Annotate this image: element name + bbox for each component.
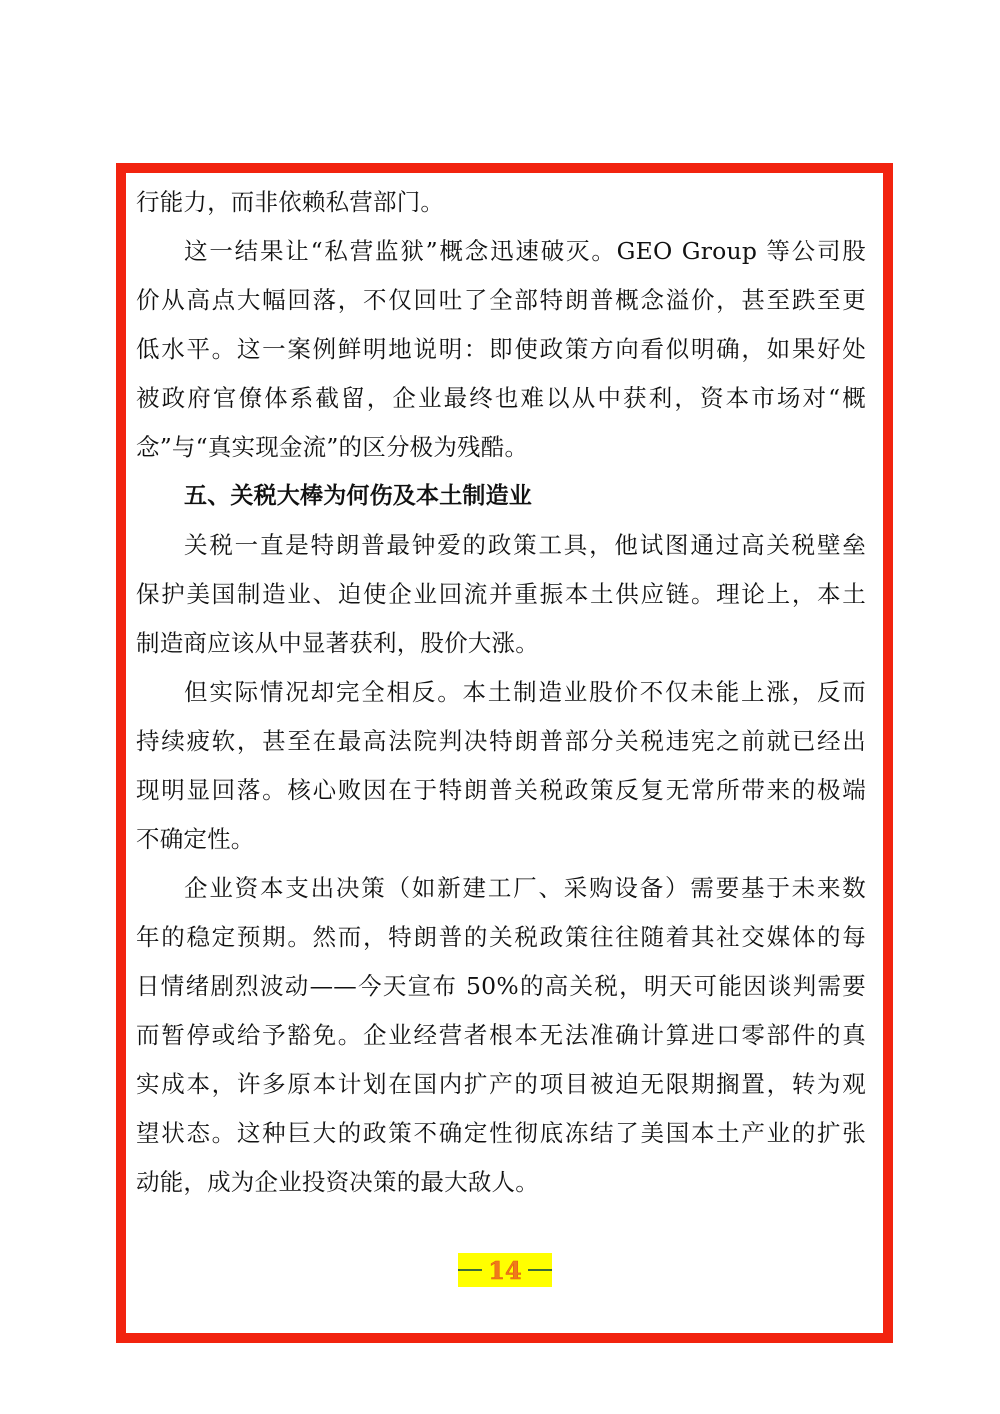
- paragraph-line: 关税一直是特朗普最钟爱的政策工具，他试图通过高关税壁垒: [136, 525, 866, 565]
- page-number-badge: 14: [458, 1253, 552, 1287]
- paragraph-line: 而暂停或给予豁免。企业经营者根本无法准确计算进口零部件的真: [136, 1015, 866, 1055]
- paragraph-line: 这一结果让“私营监狱”概念迅速破灭。GEO Group 等公司股: [136, 231, 866, 271]
- paragraph-line: 但实际情况却完全相反。本土制造业股价不仅未能上涨，反而: [136, 672, 866, 712]
- paragraph-line: 动能，成为企业投资决策的最大敌人。: [136, 1162, 539, 1202]
- paragraph-line: 望状态。这种巨大的政策不确定性彻底冻结了美国本土产业的扩张: [136, 1113, 866, 1153]
- paragraph-line: 被政府官僚体系截留，企业最终也难以从中获利，资本市场对“概: [136, 378, 866, 418]
- paragraph-line: 价从高点大幅回落，不仅回吐了全部特朗普概念溢价，甚至跌至更: [136, 280, 866, 320]
- paragraph-line: 年的稳定预期。然而，特朗普的关税政策往往随着其社交媒体的每: [136, 917, 866, 957]
- paragraph-line: 现明显回落。核心败因在于特朗普关税政策反复无常所带来的极端: [136, 770, 866, 810]
- dash-right-decoration: [528, 1269, 552, 1271]
- paragraph-line: 实成本，许多原本计划在国内扩产的项目被迫无限期搁置，转为观: [136, 1064, 866, 1104]
- paragraph-line: 低水平。这一案例鲜明地说明：即使政策方向看似明确，如果好处: [136, 329, 866, 369]
- paragraph-line: 念”与“真实现金流”的区分极为残酷。: [136, 427, 528, 467]
- section-heading: 五、关税大棒为何伤及本土制造业: [136, 476, 532, 516]
- paragraph-line: 企业资本支出决策（如新建工厂、采购设备）需要基于未来数: [136, 868, 866, 908]
- paragraph-line: 持续疲软，甚至在最高法院判决特朗普部分关税违宪之前就已经出: [136, 721, 866, 761]
- paragraph-line: 日情绪剧烈波动——今天宣布 50%的高关税，明天可能因谈判需要: [136, 966, 866, 1006]
- paragraph-line: 不确定性。: [136, 819, 255, 859]
- page-number: 14: [488, 1256, 521, 1285]
- paragraph-line: 保护美国制造业、迫使企业回流并重振本土供应链。理论上，本土: [136, 574, 866, 614]
- paragraph-line: 制造商应该从中显著获利，股价大涨。: [136, 623, 539, 663]
- dash-left-decoration: [458, 1269, 482, 1271]
- paragraph-line: 行能力，而非依赖私营部门。: [136, 182, 444, 222]
